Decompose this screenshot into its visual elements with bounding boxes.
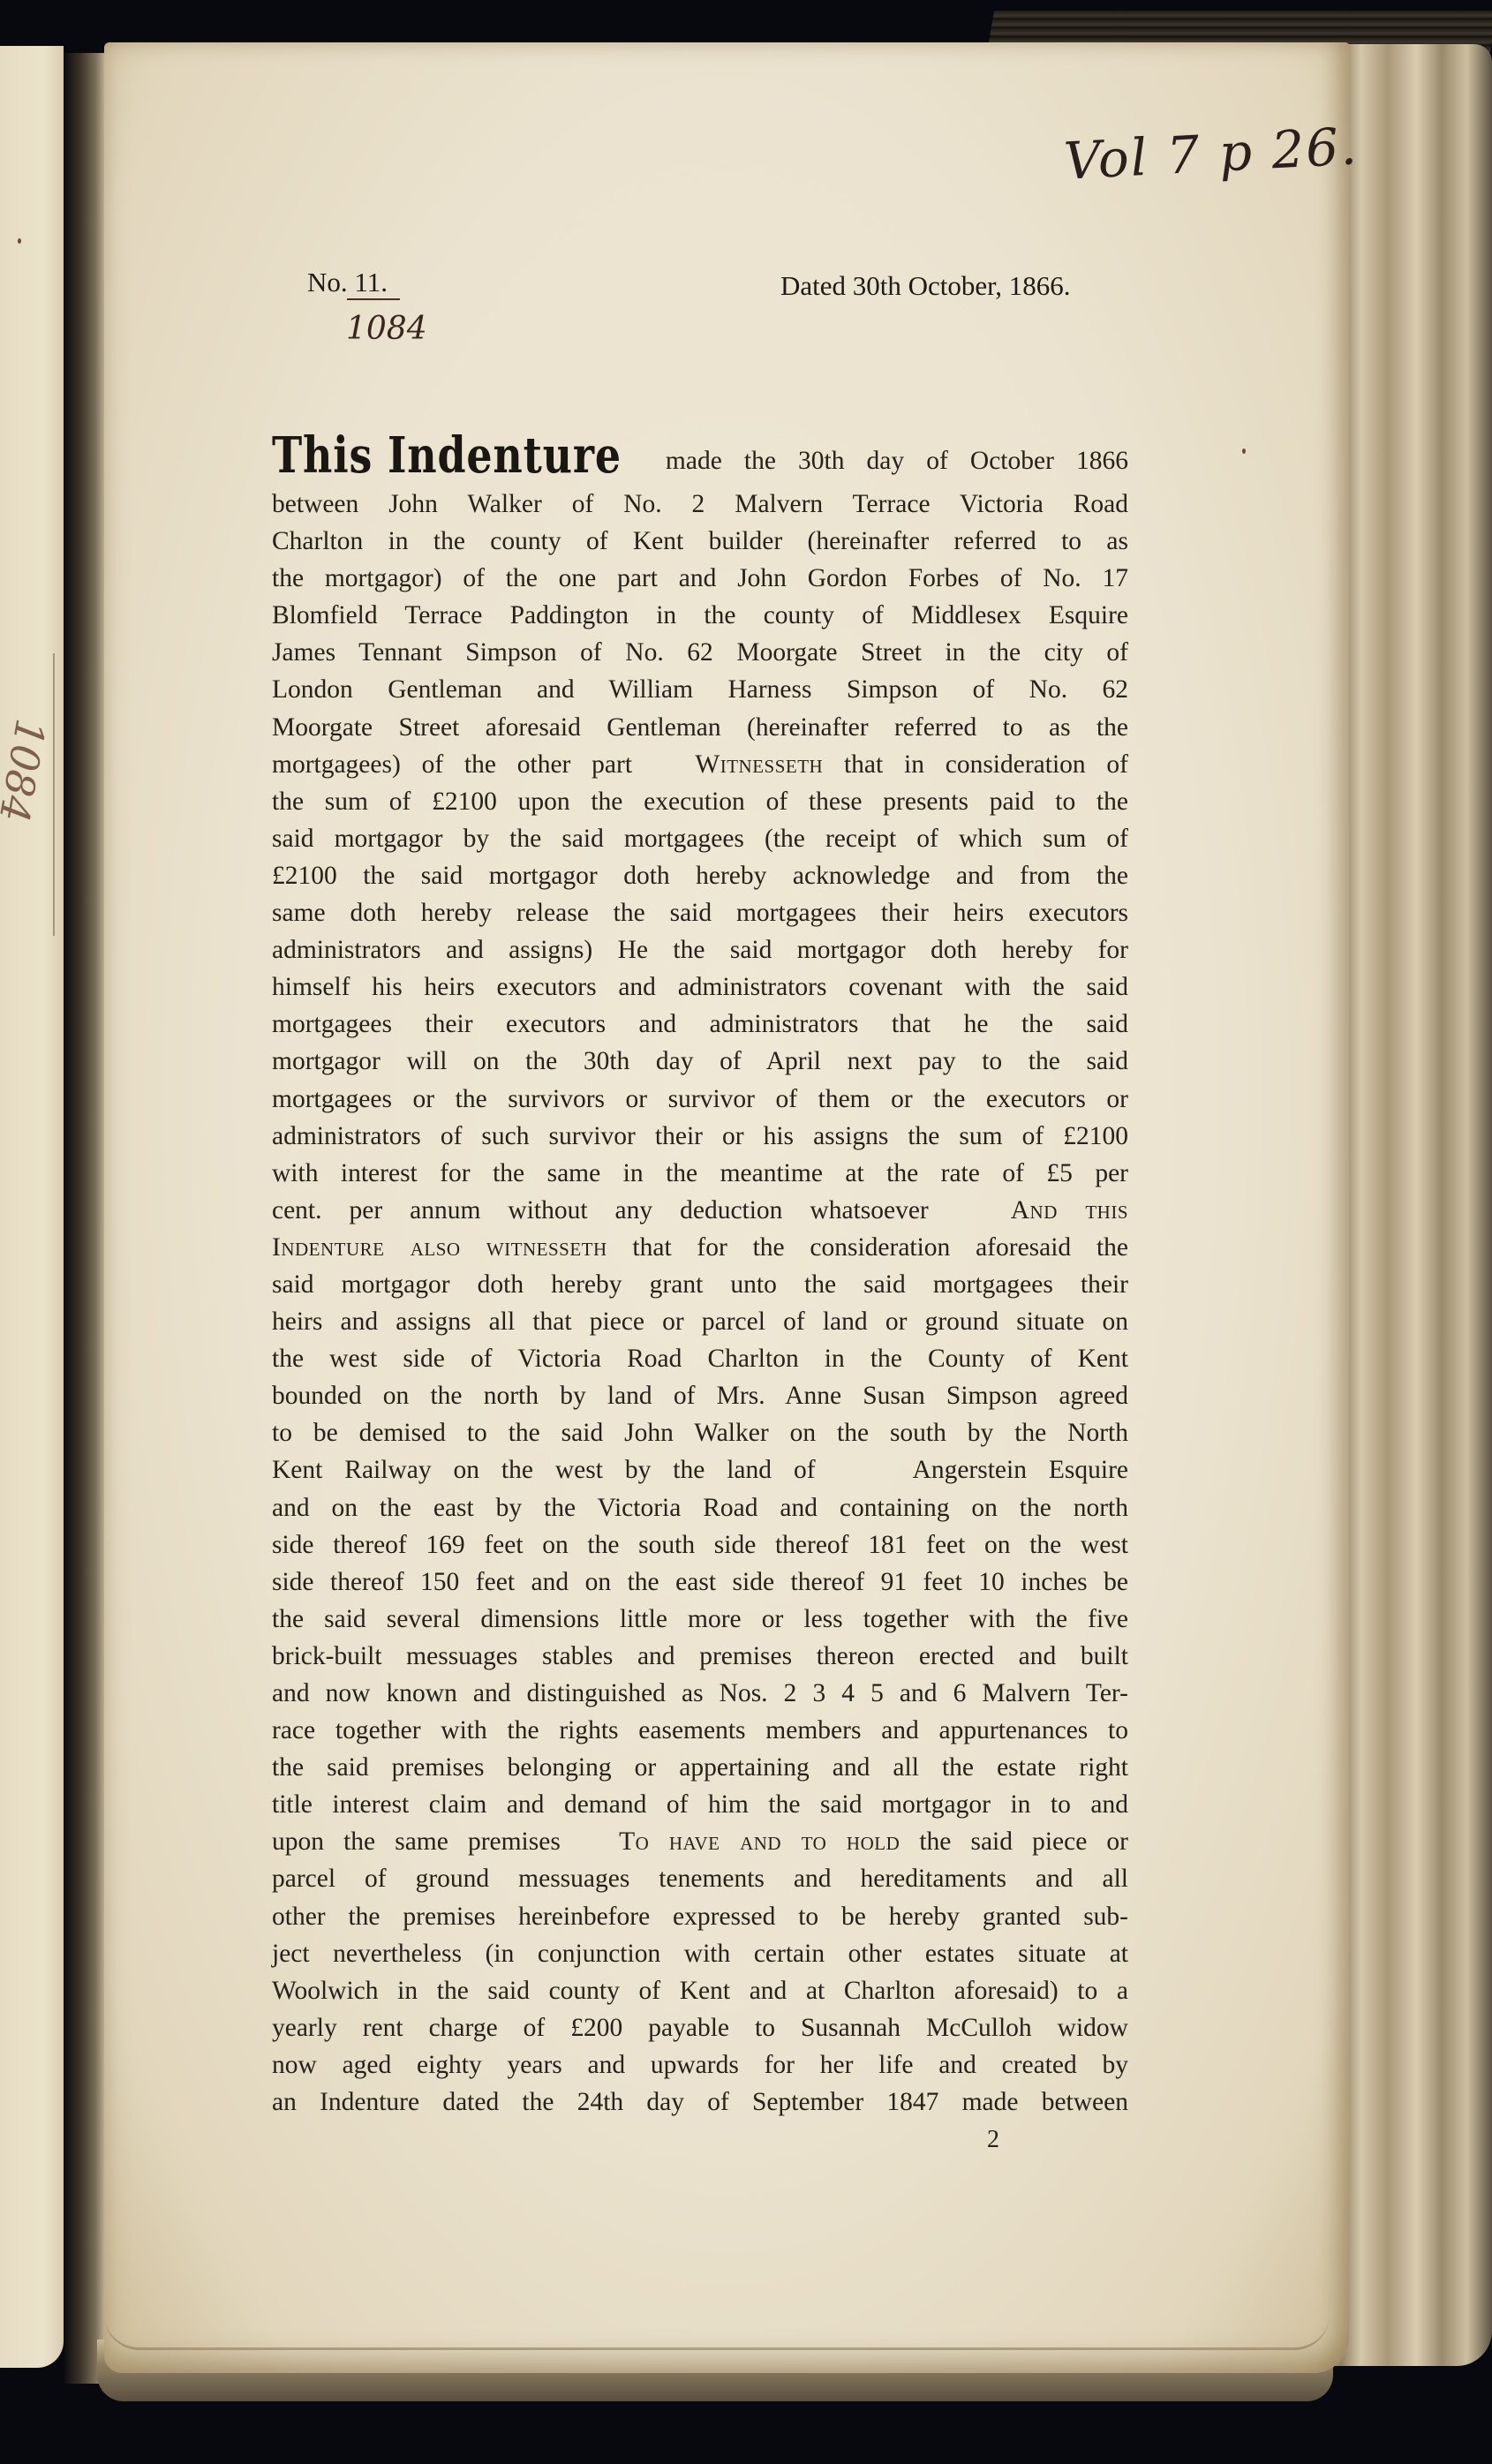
text-line: and now known and distinguished as Nos. … (272, 1675, 1128, 1712)
paper-speck (1242, 448, 1246, 454)
text-line: mortgagees) of the other part Witnesseth… (272, 746, 1128, 783)
text-line: the said premises belonging or appertain… (272, 1749, 1128, 1786)
text-line: himself his heirs executors and administ… (272, 968, 1128, 1006)
text-line: mortgagor will on the 30th day of April … (272, 1043, 1128, 1080)
text-line: mortgagees their executors and administr… (272, 1006, 1128, 1043)
text-line: to be demised to the said John Walker on… (272, 1414, 1128, 1451)
document-date: Dated 30th October, 1866. (780, 270, 1070, 302)
text-line: the mortgagor) of the one part and John … (272, 560, 1128, 597)
text-line: administrators and assigns) He the said … (272, 931, 1128, 968)
text-line: ject nevertheless (in conjunction with c… (272, 1935, 1128, 1972)
text-line: the said several dimensions little more … (272, 1601, 1128, 1638)
text-line: with interest for the same in the meanti… (272, 1155, 1128, 1192)
text-line: the sum of £2100 upon the execution of t… (272, 783, 1128, 820)
habendum-clause: To have and to hold (619, 1827, 900, 1856)
text-line: Moorgate Street aforesaid Gentleman (her… (272, 709, 1128, 746)
text-line: £2100 the said mortgagor doth hereby ack… (272, 857, 1128, 894)
text-line: side thereof 169 feet on the south side … (272, 1526, 1128, 1564)
text-line: Woolwich in the said county of Kent and … (272, 1972, 1128, 2009)
document-number: No. 11. (307, 267, 388, 298)
text-line: race together with the rights easements … (272, 1712, 1128, 1749)
text-line: mortgagees or the survivors or survivor … (272, 1081, 1128, 1118)
page-number: 2 (987, 2126, 999, 2154)
text-line: between John Walker of No. 2 Malvern Ter… (272, 486, 1128, 523)
text-line: the west side of Victoria Road Charlton … (272, 1340, 1128, 1377)
witnesseth-clause: Witnesseth (695, 750, 823, 779)
text-line: title interest claim and demand of him t… (272, 1786, 1128, 1823)
indenture-body: This Indenture made the 30th day of Octo… (272, 431, 1128, 2121)
text-line: administrators of such survivor their or… (272, 1118, 1128, 1155)
paper-speck (18, 238, 21, 244)
and-this-clause: And this (1011, 1196, 1128, 1224)
text-line: said mortgagor doth hereby grant unto th… (272, 1266, 1128, 1303)
text-line: yearly rent charge of £200 payable to Su… (272, 2009, 1128, 2046)
page-curl-shadow (104, 2312, 1330, 2350)
text-line: bounded on the north by land of Mrs. Ann… (272, 1377, 1128, 1414)
text-line: brick-built messuages stables and premis… (272, 1638, 1128, 1675)
indenture-heading: This Indenture (272, 431, 622, 480)
text-line: other the premises hereinbefore expresse… (272, 1898, 1128, 1935)
text-line: and on the east by the Victoria Road and… (272, 1489, 1128, 1526)
text-line: London Gentleman and William Harness Sim… (272, 671, 1128, 708)
text-line: James Tennant Simpson of No. 62 Moorgate… (272, 634, 1128, 671)
text-line: This Indenture made the 30th day of Octo… (272, 431, 1128, 486)
text-line: same doth hereby release the said mortga… (272, 894, 1128, 931)
text-line: Kent Railway on the west by the land ofA… (272, 1451, 1128, 1488)
text-line: side thereof 150 feet and on the east si… (272, 1564, 1128, 1601)
text-line: parcel of ground messuages tenements and… (272, 1860, 1128, 1897)
text-line: upon the same premises To have and to ho… (272, 1823, 1128, 1860)
text-line: Indenture also witnesseth that for the c… (272, 1229, 1128, 1266)
handwritten-document-number: 1084 (346, 311, 427, 347)
text-line: an Indenture dated the 24th day of Septe… (272, 2083, 1128, 2121)
text-line: cent. per annum without any deduction wh… (272, 1192, 1128, 1229)
text-line: Blomfield Terrace Paddington in the coun… (272, 597, 1128, 634)
text-line: heirs and assigns all that piece or parc… (272, 1303, 1128, 1340)
document-number-underline (347, 298, 400, 300)
adjacent-left-page (0, 46, 64, 2368)
book-gutter (64, 53, 104, 2384)
text-line: said mortgagor by the said mortgagees (t… (272, 820, 1128, 857)
page-stack-right-edge (1324, 44, 1492, 2366)
left-page-margin-rule (53, 653, 55, 936)
text-line: Charlton in the county of Kent builder (… (272, 523, 1128, 560)
text-line: now aged eighty years and upwards for he… (272, 2046, 1128, 2083)
indenture-also-witnesseth-clause: Indenture also witnesseth (272, 1233, 607, 1262)
